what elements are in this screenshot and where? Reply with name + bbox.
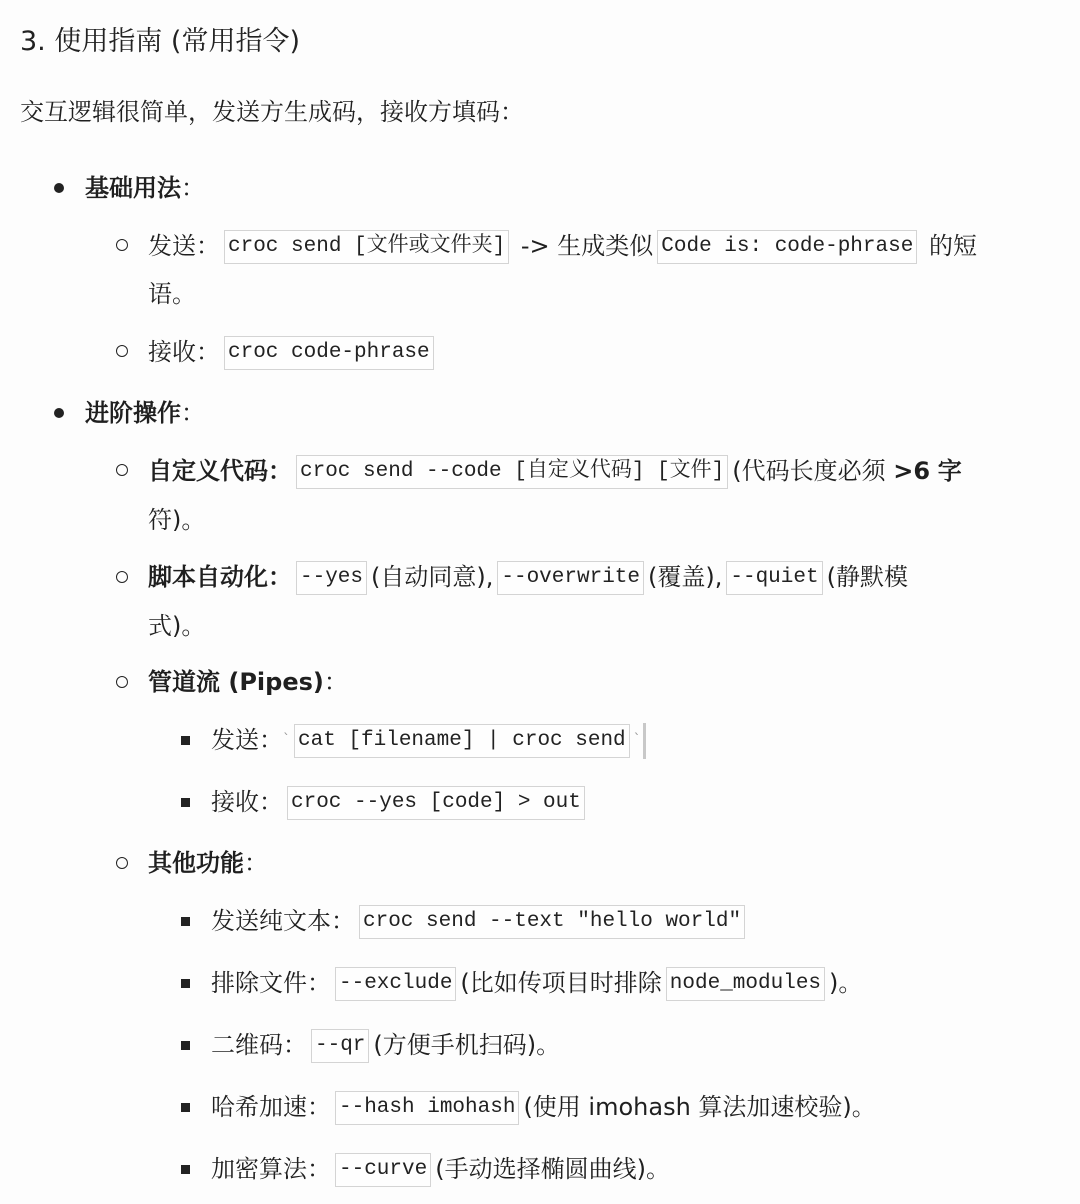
circle-bullet-icon bbox=[116, 464, 128, 476]
square-bullet-icon bbox=[181, 736, 190, 745]
list-item-curve: 加密算法：--curve(手动选择椭圆曲线)。 bbox=[211, 1149, 670, 1189]
circle-bullet-icon bbox=[116, 676, 128, 688]
list-item-advanced: 进阶操作： bbox=[85, 393, 205, 433]
square-bullet-icon bbox=[181, 917, 190, 926]
item-text: (方便手机扫码)。 bbox=[373, 1031, 560, 1059]
list-item-send: 发送：croc send [文件或文件夹] -> 生成类似Code is: co… bbox=[148, 226, 977, 266]
circle-bullet-icon bbox=[116, 345, 128, 357]
backtick: ` bbox=[283, 732, 290, 748]
item-text: (静默模 bbox=[827, 563, 908, 591]
circle-bullet-icon bbox=[116, 857, 128, 869]
item-text: (代码长度必须 bbox=[732, 457, 885, 485]
item-label: 哈希加速： bbox=[211, 1093, 331, 1121]
list-item-qr: 二维码：--qr(方便手机扫码)。 bbox=[211, 1025, 560, 1065]
item-text: 字 bbox=[938, 457, 962, 485]
list-item-custom-code-wrap: 符)。 bbox=[148, 500, 205, 540]
inline-code: --yes bbox=[296, 561, 367, 595]
item-label: 发送： bbox=[211, 726, 283, 754]
intro-paragraph: 交互逻辑很简单，发送方生成码，接收方填码： bbox=[20, 92, 524, 132]
inline-code: cat [filename] | croc send bbox=[294, 724, 630, 758]
inline-code: node_modules bbox=[666, 967, 825, 1001]
item-text: (比如传项目时排除 bbox=[460, 969, 661, 997]
square-bullet-icon bbox=[181, 1103, 190, 1112]
list-item-custom-code: 自定义代码：croc send --code [自定义代码] [文件](代码长度… bbox=[148, 451, 962, 491]
list-item-exclude: 排除文件：--exclude(比如传项目时排除node_modules)。 bbox=[211, 963, 862, 1003]
inline-code: croc --yes [code] > out bbox=[287, 786, 585, 820]
list-item-script-automation-wrap: 式)。 bbox=[148, 606, 205, 646]
circle-bullet-icon bbox=[116, 571, 128, 583]
list-item-basic-usage: 基础用法： bbox=[85, 168, 205, 208]
item-label: 加密算法： bbox=[211, 1155, 331, 1183]
square-bullet-icon bbox=[181, 1041, 190, 1050]
square-bullet-icon bbox=[181, 979, 190, 988]
list-item-hash: 哈希加速：--hash imohash(使用 imohash 算法加速校验)。 bbox=[211, 1087, 876, 1127]
list-item-pipe-send: 发送：`cat [filename] | croc send` bbox=[211, 720, 646, 760]
disc-bullet-icon bbox=[54, 183, 64, 193]
item-text: -> 生成类似 bbox=[521, 232, 653, 260]
inline-code: croc send --text "hello world" bbox=[359, 905, 745, 939]
item-label: 发送纯文本： bbox=[211, 907, 355, 935]
list-item-receive: 接收：croc code-phrase bbox=[148, 332, 438, 372]
item-label: 管道流 (Pipes) bbox=[148, 668, 324, 696]
item-label: 二维码： bbox=[211, 1031, 307, 1059]
section-title: 基础用法 bbox=[85, 174, 181, 202]
inline-code: croc send [文件或文件夹] bbox=[224, 230, 509, 264]
item-text: (手动选择椭圆曲线)。 bbox=[435, 1155, 670, 1183]
list-item-pipes: 管道流 (Pipes)： bbox=[148, 662, 348, 702]
text-cursor-bar bbox=[643, 723, 646, 759]
item-text: )。 bbox=[829, 969, 862, 997]
inline-code: --qr bbox=[311, 1029, 369, 1063]
inline-code: --curve bbox=[335, 1153, 431, 1187]
disc-bullet-icon bbox=[54, 408, 64, 418]
item-label: 接收： bbox=[211, 788, 283, 816]
square-bullet-icon bbox=[181, 1165, 190, 1174]
item-label: 发送： bbox=[148, 232, 220, 260]
item-text: (覆盖), bbox=[648, 563, 722, 591]
inline-code: Code is: code-phrase bbox=[657, 230, 917, 264]
list-item-script-automation: 脚本自动化：--yes(自动同意),--overwrite(覆盖),--quie… bbox=[148, 557, 908, 597]
item-text: (使用 imohash 算法加速校验)。 bbox=[523, 1093, 875, 1121]
section-heading: 3. 使用指南 (常用指令) bbox=[20, 22, 300, 62]
backtick: ` bbox=[634, 732, 641, 748]
inline-code: croc send --code [自定义代码] [文件] bbox=[296, 455, 728, 489]
list-item-send-wrap: 语。 bbox=[148, 274, 196, 314]
circle-bullet-icon bbox=[116, 239, 128, 251]
section-title: 进阶操作 bbox=[85, 399, 181, 427]
inline-code: --overwrite bbox=[497, 561, 644, 595]
item-text: (自动同意), bbox=[371, 563, 493, 591]
item-text: 的短 bbox=[929, 232, 977, 260]
list-item-other-features: 其他功能： bbox=[148, 843, 268, 883]
list-item-pipe-receive: 接收：croc --yes [code] > out bbox=[211, 782, 589, 822]
item-label: 排除文件： bbox=[211, 969, 331, 997]
item-label: 脚本自动化： bbox=[148, 563, 292, 591]
emphasis: >6 bbox=[893, 457, 930, 485]
item-label: 其他功能 bbox=[148, 849, 244, 877]
inline-code: croc code-phrase bbox=[224, 336, 434, 370]
inline-code: --hash imohash bbox=[335, 1091, 519, 1125]
item-label: 自定义代码： bbox=[148, 457, 292, 485]
inline-code: --quiet bbox=[726, 561, 822, 595]
inline-code: --exclude bbox=[335, 967, 456, 1001]
item-label: 接收： bbox=[148, 338, 220, 366]
square-bullet-icon bbox=[181, 798, 190, 807]
list-item-send-text: 发送纯文本：croc send --text "hello world" bbox=[211, 901, 749, 941]
